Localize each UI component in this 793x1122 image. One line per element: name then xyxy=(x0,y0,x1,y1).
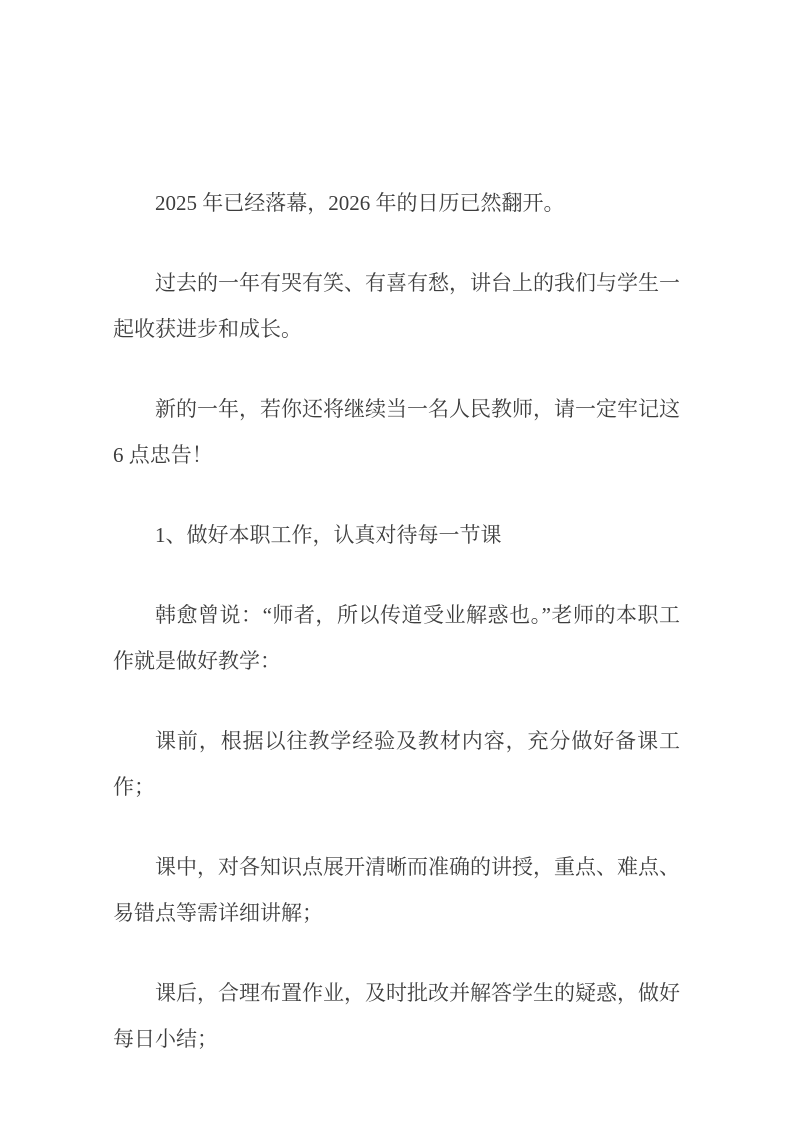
document-paragraph-before-class: 课前，根据以往教学经验及教材内容，充分做好备课工作； xyxy=(113,718,680,810)
document-paragraph-intro-year: 2025 年已经落幕，2026 年的日历已然翻开。 xyxy=(113,180,680,226)
section-heading-1: 1、做好本职工作，认真对待每一节课 xyxy=(113,512,680,558)
document-page: 2025 年已经落幕，2026 年的日历已然翻开。 过去的一年有哭有笑、有喜有愁… xyxy=(0,0,793,1122)
document-paragraph-after-class: 课后，合理布置作业，及时批改并解答学生的疑惑，做好每日小结； xyxy=(113,970,680,1062)
document-paragraph-hanyu-quote: 韩愈曾说：“师者，所以传道受业解惑也。”老师的本职工作就是做好教学： xyxy=(113,592,680,684)
document-paragraph-new-year-advice: 新的一年，若你还将继续当一名人民教师，请一定牢记这 6 点忠告！ xyxy=(113,386,680,478)
document-paragraph-during-class: 课中，对各知识点展开清晰而准确的讲授，重点、难点、易错点等需详细讲解； xyxy=(113,844,680,936)
document-paragraph-past-year: 过去的一年有哭有笑、有喜有愁，讲台上的我们与学生一起收获进步和成长。 xyxy=(113,260,680,352)
